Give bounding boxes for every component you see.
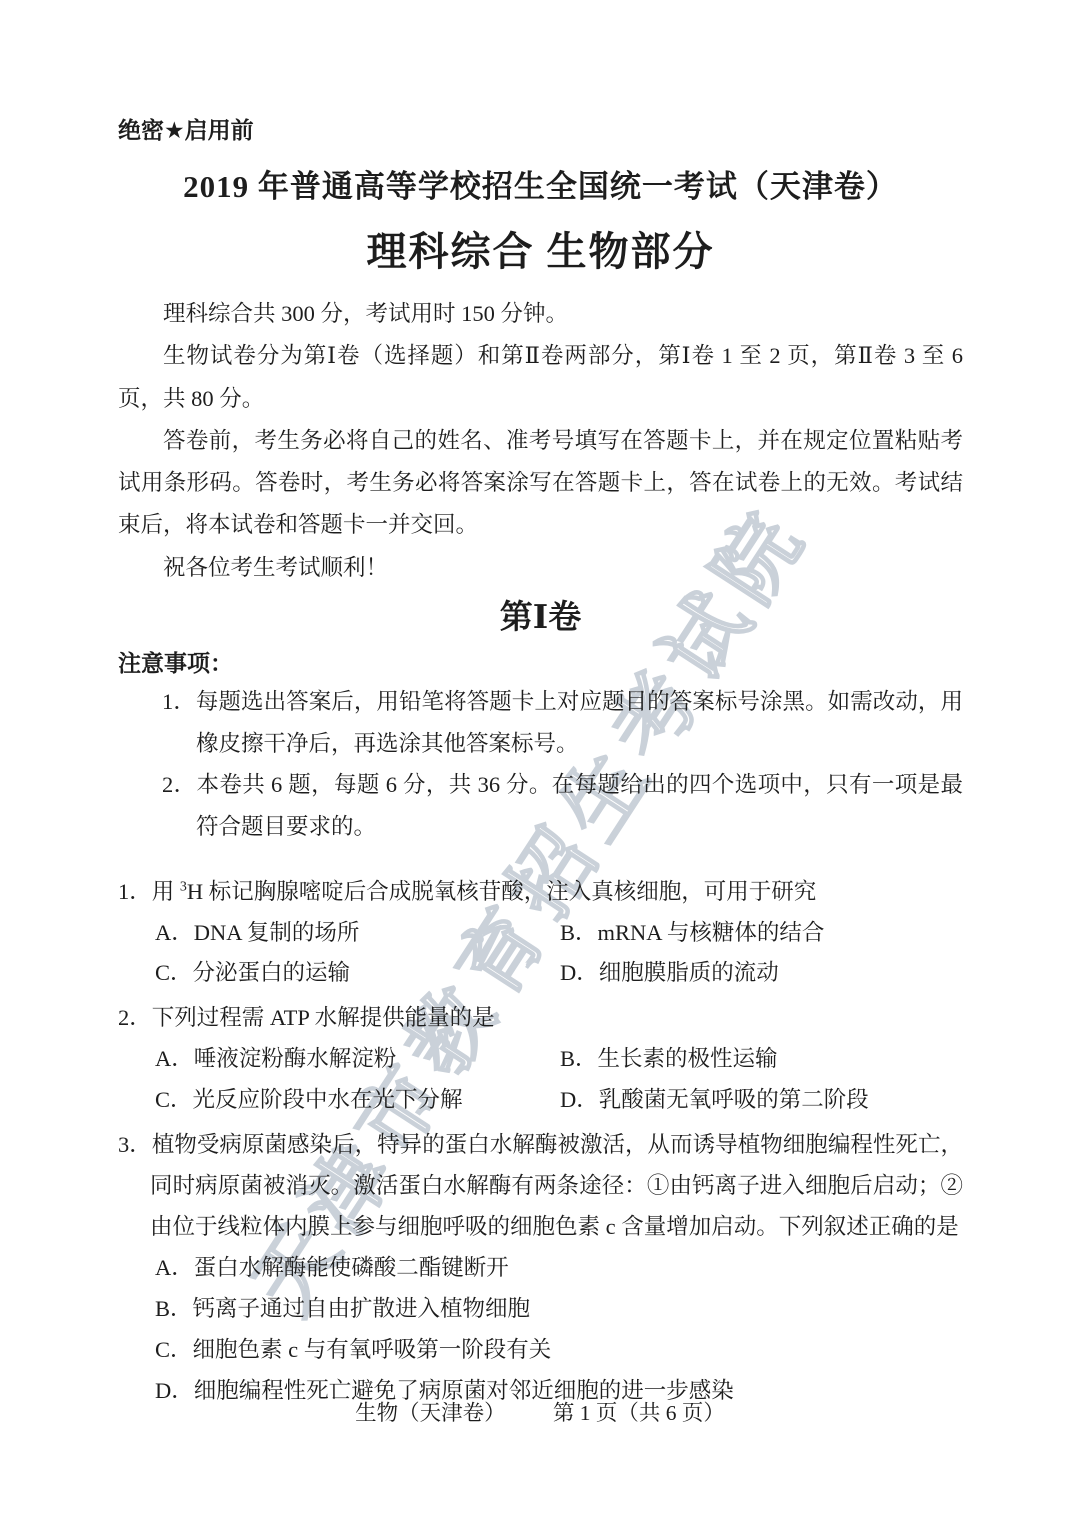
question-3-option-b: B．钙离子通过自由扩散进入植物细胞 (155, 1289, 963, 1330)
notes-heading: 注意事项： (118, 645, 963, 678)
question-1-option-a: A．DNA 复制的场所 (155, 913, 560, 954)
exam-title: 2019 年普通高等学校招生全国统一考试（天津卷） (118, 161, 963, 206)
page-content: 绝密★启用前 2019 年普通高等学校招生全国统一考试（天津卷） 理科综合 生物… (0, 0, 1080, 1412)
question-1-option-d: D．细胞膜脂质的流动 (560, 953, 963, 994)
question-3: 3．植物受病原菌感染后，特异的蛋白水解酶被激活，从而诱导植物细胞编程性死亡，同时… (118, 1125, 963, 1412)
intro-paragraph-wish: 祝各位考生考试顺利！ (118, 547, 963, 589)
question-3-option-c: C．细胞色素 c 与有氧呼吸第一阶段有关 (155, 1330, 963, 1371)
exam-instructions: 理科综合共 300 分，考试用时 150 分钟。 生物试卷分为第Ⅰ卷（选择题）和… (118, 293, 963, 589)
question-2-option-a: A．唾液淀粉酶水解淀粉 (155, 1039, 560, 1080)
question-1-option-c: C．分泌蛋白的运输 (155, 953, 560, 994)
note-item-1: 1．每题选出答案后，用铅笔将答题卡上对应题目的答案标号涂黑。如需改动，用橡皮擦干… (118, 681, 963, 764)
notes-list: 1．每题选出答案后，用铅笔将答题卡上对应题目的答案标号涂黑。如需改动，用橡皮擦干… (118, 681, 963, 848)
note-item-2: 2．本卷共 6 题，每题 6 分，共 36 分。在每题给出的四个选项中，只有一项… (118, 764, 963, 847)
question-1-option-b: B．mRNA 与核糖体的结合 (560, 913, 963, 954)
question-2-option-d: D．乳酸菌无氧呼吸的第二阶段 (560, 1080, 963, 1121)
intro-paragraph-structure: 生物试卷分为第Ⅰ卷（选择题）和第Ⅱ卷两部分，第Ⅰ卷 1 至 2 页，第Ⅱ卷 3 … (118, 335, 963, 420)
question-3-option-a: A．蛋白水解酶能使磷酸二酯键断开 (155, 1248, 963, 1289)
footer-paper-name: 生物（天津卷） (355, 1401, 506, 1425)
question-2: 2．下列过程需 ATP 水解提供能量的是 A．唾液淀粉酶水解淀粉 B．生长素的极… (118, 998, 963, 1121)
classification-label: 绝密★启用前 (118, 112, 963, 145)
intro-paragraph-score: 理科综合共 300 分，考试用时 150 分钟。 (118, 293, 963, 335)
question-2-option-c: C．光反应阶段中水在光下分解 (155, 1080, 560, 1121)
question-2-options: A．唾液淀粉酶水解淀粉 B．生长素的极性运输 C．光反应阶段中水在光下分解 D．… (118, 1039, 963, 1121)
question-1-stem-pre: 1．用 (118, 879, 180, 904)
question-1-options: A．DNA 复制的场所 B．mRNA 与核糖体的结合 C．分泌蛋白的运输 D．细… (118, 913, 963, 995)
footer-page-number: 第 1 页（共 6 页） (553, 1401, 725, 1425)
intro-paragraph-answer-rules: 答卷前，考生务必将自己的姓名、准考号填写在答题卡上，并在规定位置粘贴考试用条形码… (118, 420, 963, 547)
question-3-stem: 3．植物受病原菌感染后，特异的蛋白水解酶被激活，从而诱导植物细胞编程性死亡，同时… (118, 1125, 963, 1248)
section-1-title: 第Ⅰ卷 (118, 591, 963, 638)
question-1-isotope-superscript: 3 (180, 879, 187, 894)
question-1-stem-post: H 标记胸腺嘧啶后合成脱氧核苷酸，注入真核细胞，可用于研究 (187, 879, 816, 904)
question-2-option-b: B．生长素的极性运输 (560, 1039, 963, 1080)
question-3-options: A．蛋白水解酶能使磷酸二酯键断开 B．钙离子通过自由扩散进入植物细胞 C．细胞色… (118, 1248, 963, 1412)
question-2-stem: 2．下列过程需 ATP 水解提供能量的是 (118, 998, 963, 1039)
question-1-stem: 1．用 3H 标记胸腺嘧啶后合成脱氧核苷酸，注入真核细胞，可用于研究 (118, 872, 963, 913)
page-footer: 生物（天津卷）第 1 页（共 6 页） (0, 1396, 1080, 1427)
question-1: 1．用 3H 标记胸腺嘧啶后合成脱氧核苷酸，注入真核细胞，可用于研究 A．DNA… (118, 872, 963, 995)
subject-title: 理科综合 生物部分 (118, 220, 963, 277)
questions-section: 1．用 3H 标记胸腺嘧啶后合成脱氧核苷酸，注入真核细胞，可用于研究 A．DNA… (118, 872, 963, 1412)
exam-paper-page: 天津市教育招生考试院 绝密★启用前 2019 年普通高等学校招生全国统一考试（天… (0, 0, 1080, 1527)
